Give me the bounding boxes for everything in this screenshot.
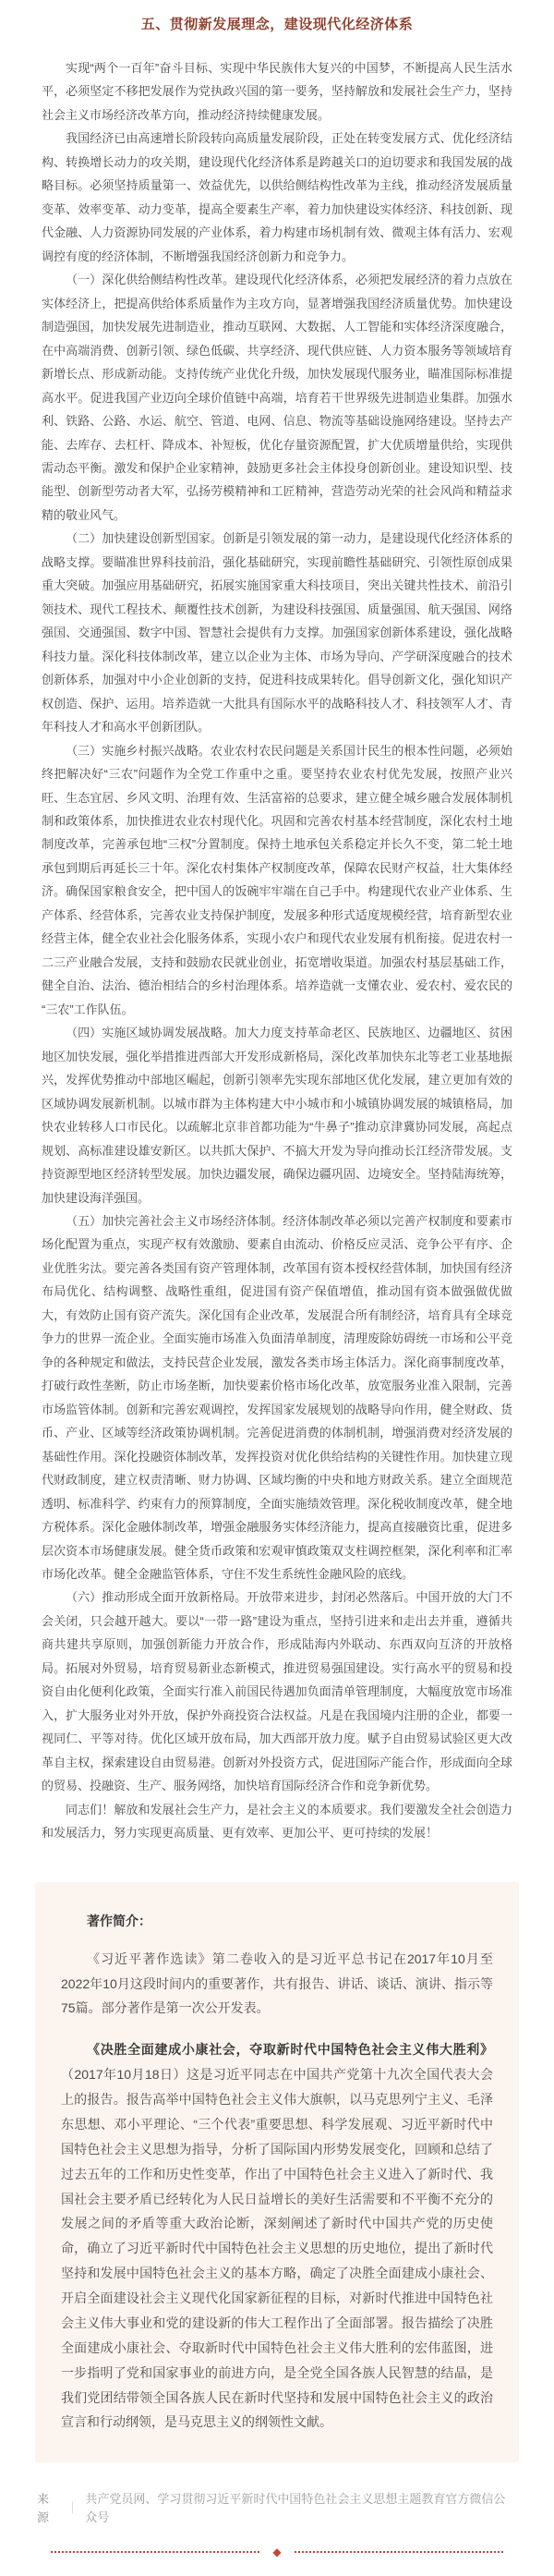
- article-paragraph-intro-2: 我国经济已由高速增长阶段转向高质量发展阶段，正处在转变发展方式、优化经济结构、转…: [42, 127, 512, 268]
- article-paragraph-section-1: （一）深化供给侧结构性改革。建设现代化经济体系，必须把发展经济的着力点放在实体经…: [42, 268, 512, 527]
- divider-dotted-line-right: [295, 2551, 503, 2553]
- book-intro-paragraph-2: 《决胜全面建成小康社会，夺取新时代中国特色社会主义伟大胜利》（2017年10月1…: [61, 2037, 493, 2435]
- end-divider: ◆: [51, 2546, 503, 2558]
- article-page: 五、贯彻新发展理念，建设现代化经济体系 实现“两个一百年”奋斗目标、实现中华民族…: [0, 0, 554, 2576]
- article-paragraph-section-3: （三）实施乡村振兴战略。农业农村农民问题是关系国计民生的根本性问题，必须始终把解…: [42, 739, 512, 1022]
- book-work-description: （2017年10月18日）这是习近平同志在中国共产党第十九次全国代表大会上的报告…: [61, 2067, 493, 2429]
- divider-dotted-line-left: [51, 2551, 259, 2553]
- book-intro-heading: 著作简介：: [61, 1912, 493, 1930]
- article-paragraph-section-2: （二）加快建设创新型国家。创新是引领发展的第一动力，是建设现代化经济体系的战略支…: [42, 527, 512, 738]
- article-paragraph-section-6: （六）推动形成全面开放新格局。开放带来进步，封闭必然落后。中国开放的大门不会关闭…: [42, 1586, 512, 1797]
- diamond-icon: ◆: [272, 2546, 281, 2558]
- article-paragraph-intro-1: 实现“两个一百年”奋斗目标、实现中华民族伟大复兴的中国梦，不断提高人民生活水平，…: [42, 56, 512, 127]
- article-paragraph-section-5: （五）加快完善社会主义市场经济体制。经济体制改革必须以完善产权制度和要素市场化配…: [42, 1209, 512, 1586]
- article-paragraph-closing: 同志们！解放和发展社会生产力，是社会主义的本质要求。我们要激发全社会创造力和发展…: [42, 1798, 512, 1845]
- article-paragraph-section-4: （四）实施区域协调发展战略。加大力度支持革命老区、民族地区、边疆地区、贫困地区加…: [42, 1021, 512, 1209]
- book-intro-box: 著作简介： 《习近平著作选读》第二卷收入的是习近平总书记在2017年10月至20…: [35, 1882, 519, 2463]
- book-intro-paragraph-1: 《习近平著作选读》第二卷收入的是习近平总书记在2017年10月至2022年10月…: [61, 1947, 493, 2022]
- book-work-title: 《决胜全面建成小康社会，夺取新时代中国特色社会主义伟大胜利》: [87, 2042, 493, 2057]
- source-separator: ｜: [60, 2499, 85, 2518]
- source-line: 来源 ｜ 共产党员网、学习贯彻习近平新时代中国特色社会主义思想主题教育官方微信公…: [37, 2490, 517, 2526]
- article-body: 实现“两个一百年”奋斗目标、实现中华民族伟大复兴的中国梦，不断提高人民生活水平，…: [0, 33, 554, 1845]
- source-text: 共产党员网、学习贯彻习近平新时代中国特色社会主义思想主题教育官方微信公众号: [85, 2490, 517, 2526]
- article-title: 五、贯彻新发展理念，建设现代化经济体系: [0, 0, 554, 33]
- source-label: 来源: [37, 2490, 60, 2526]
